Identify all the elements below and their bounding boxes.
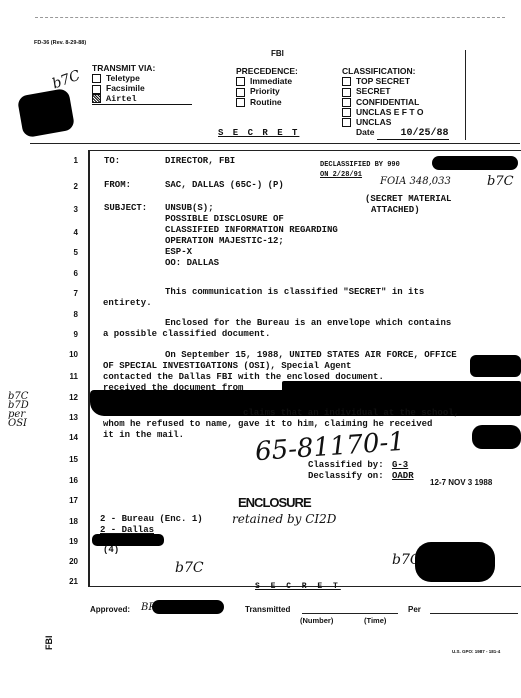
line-number: 10	[40, 350, 78, 359]
handwritten-b7c: b7C	[175, 560, 204, 576]
line-number: 2	[40, 182, 78, 191]
paragraph-3-line-7: it in the mail.	[103, 430, 184, 441]
redaction-block	[415, 542, 495, 582]
secret-stamp-top: S E C R E T	[218, 128, 299, 138]
transmit-option-airtel[interactable]: Airtel	[92, 94, 192, 105]
line-number: 9	[40, 330, 78, 339]
redaction-block	[17, 88, 76, 138]
precedence-option-priority[interactable]: Priority	[236, 86, 298, 96]
precedence-option-immediate[interactable]: Immediate	[236, 76, 298, 86]
classification-option-top-secret[interactable]: TOP SECRET	[342, 76, 449, 86]
declassify-on-value: OADR	[392, 471, 414, 482]
distribution-total: (4)	[103, 545, 119, 556]
foia-handwritten: FOIA 348,033	[380, 176, 451, 187]
line-number: 12	[40, 393, 78, 402]
checkbox[interactable]	[92, 85, 101, 94]
transmitted-field[interactable]	[302, 613, 398, 614]
to-label: TO:	[104, 156, 120, 167]
declassify-on-label: Declassify on:	[308, 471, 384, 482]
checkbox[interactable]	[236, 98, 245, 107]
from-value: SAC, DALLAS (65C-) (P)	[165, 180, 284, 191]
classified-by-label: Classified by:	[308, 460, 384, 471]
header-bottom-rule	[30, 143, 520, 144]
redaction-block	[470, 355, 521, 377]
agency-label: FBI	[271, 49, 284, 58]
precedence-label: PRECEDENCE:	[236, 66, 298, 76]
paragraph-1-line-2: entirety.	[103, 298, 152, 309]
enclosure-stamp: ENCLOSURE	[238, 495, 311, 510]
checkbox[interactable]	[342, 98, 351, 107]
from-label: FROM:	[104, 180, 131, 191]
classification-section: CLASSIFICATION: TOP SECRET SECRET CONFID…	[342, 66, 449, 140]
line-number: 13	[40, 413, 78, 422]
line-number: 14	[40, 433, 78, 442]
checkbox[interactable]	[342, 108, 351, 117]
classification-option-unclas-efto[interactable]: UNCLAS E F T O	[342, 107, 449, 117]
line-number: 5	[40, 248, 78, 257]
checkbox[interactable]	[236, 77, 245, 86]
line-number: 6	[40, 269, 78, 278]
line-number: 7	[40, 289, 78, 298]
secret-stamp-bottom: S E C R E T	[255, 582, 341, 591]
approved-label: Approved:	[90, 605, 130, 614]
line-number: 1	[40, 156, 78, 165]
time-label: (Time)	[364, 616, 386, 625]
gpo-note: U.S. GPO: 1987 - 181-4	[452, 649, 500, 654]
checkbox[interactable]	[342, 118, 351, 127]
classification-option-confidential[interactable]: CONFIDENTIAL	[342, 97, 449, 107]
margin-handwritten-notes: b7C b7D per OSI	[8, 392, 38, 428]
form-id: FD-36 (Rev. 8-29-88)	[34, 40, 86, 46]
classification-option-unclas[interactable]: UNCLAS	[342, 117, 449, 127]
line-number: 11	[40, 372, 78, 381]
line-number: 15	[40, 455, 78, 464]
date-label: Date	[356, 127, 374, 137]
line-number: 18	[40, 517, 78, 526]
subject-block: UNSUB(S); POSSIBLE DISCLOSURE OF CLASSIF…	[165, 203, 338, 269]
line-number: 19	[40, 537, 78, 546]
to-value: DIRECTOR, FBI	[165, 156, 235, 167]
secret-material-note: (SECRET MATERIAL ATTACHED)	[365, 194, 451, 216]
paragraph-1-line-1: This communication is classified "SECRET…	[165, 287, 424, 298]
transmit-option-teletype[interactable]: Teletype	[92, 73, 192, 83]
classification-option-secret[interactable]: SECRET	[342, 86, 449, 96]
line-number: 17	[40, 496, 78, 505]
line-number: 3	[40, 205, 78, 214]
line-number: 20	[40, 557, 78, 566]
paragraph-3-line-5: claims that an individual at the school,	[243, 408, 459, 419]
transmit-via-section: TRANSMIT VIA: Teletype Facsimile Airtel	[92, 63, 192, 105]
top-scan-line	[35, 17, 505, 18]
handwritten-b7c: b7C	[487, 174, 514, 189]
classification-label: CLASSIFICATION:	[342, 66, 449, 76]
handwritten-b7c: b7C	[50, 68, 82, 93]
per-field[interactable]	[430, 613, 518, 614]
enclosure-handwritten: retained by CI2D	[232, 512, 336, 526]
paragraph-2-line-1: Enclosed for the Bureau is an envelope w…	[165, 318, 451, 329]
left-margin-note: FBI	[44, 636, 54, 651]
line-number: 8	[40, 310, 78, 319]
number-label: (Number)	[300, 616, 333, 625]
per-label: Per	[408, 605, 421, 614]
precedence-option-routine[interactable]: Routine	[236, 97, 298, 107]
redaction-block	[432, 156, 518, 170]
redaction-block	[472, 425, 521, 449]
date-value: 10/25/88	[377, 129, 449, 140]
header-divider	[465, 50, 466, 140]
transmitted-label: Transmitted	[245, 605, 290, 614]
redaction-block	[152, 600, 224, 614]
transmit-option-facsimile[interactable]: Facsimile	[92, 83, 192, 93]
distribution-list: 2 - Bureau (Enc. 1) 2 - Dallas	[100, 514, 203, 536]
line-number: 21	[40, 577, 78, 586]
line-number: 4	[40, 228, 78, 237]
precedence-section: PRECEDENCE: Immediate Priority Routine	[236, 66, 298, 107]
transmit-via-label: TRANSMIT VIA:	[92, 63, 192, 73]
checkbox[interactable]	[236, 88, 245, 97]
paragraph-3-line-2: OF SPECIAL INVESTIGATIONS (OSI), Special…	[103, 361, 351, 372]
checkbox[interactable]	[92, 74, 101, 83]
line-number: 16	[40, 476, 78, 485]
checkbox[interactable]	[342, 88, 351, 97]
received-stamp: 12-7 NOV 3 1988	[430, 478, 492, 487]
date-row: Date 10/25/88	[342, 127, 449, 140]
paragraph-3-line-1: On September 15, 1988, UNITED STATES AIR…	[165, 350, 457, 361]
classified-by-value: G-3	[392, 460, 408, 471]
checkbox[interactable]	[342, 77, 351, 86]
checkbox-checked[interactable]	[92, 94, 101, 103]
subject-label: SUBJECT:	[104, 203, 147, 214]
paragraph-2-line-2: a possible classified document.	[103, 329, 270, 340]
